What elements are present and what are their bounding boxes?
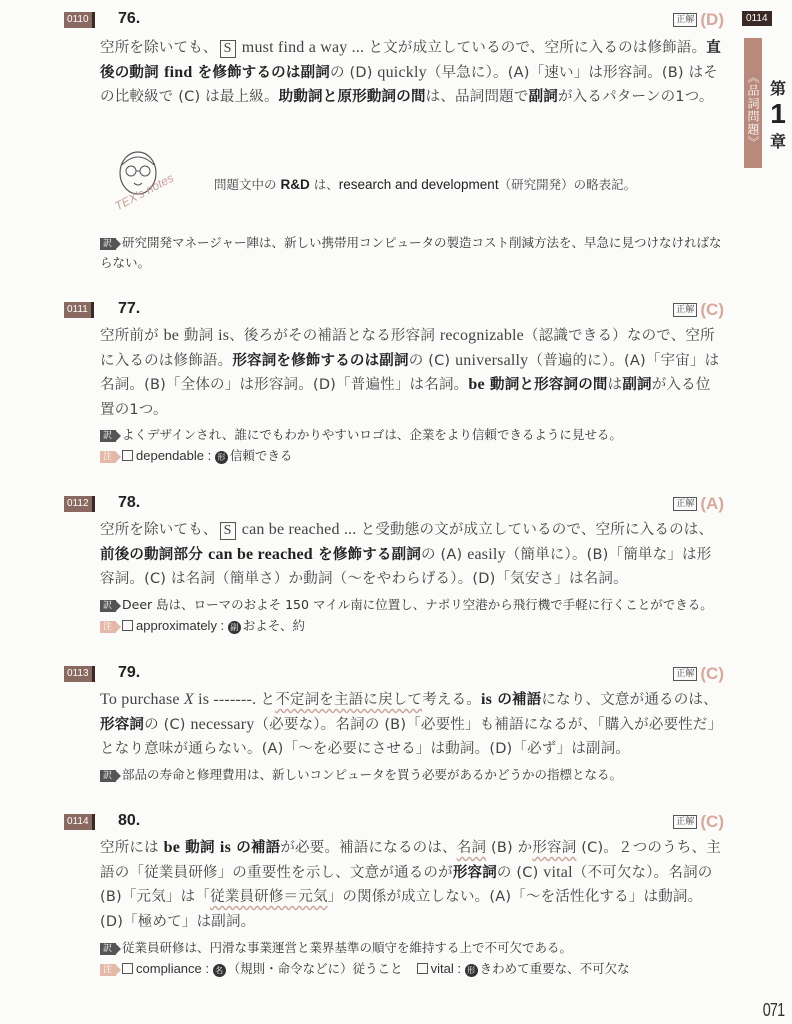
question-number: 76.: [118, 10, 140, 28]
question-number: 78.: [118, 494, 140, 512]
note-tag: 注: [100, 451, 116, 463]
explanation-segment: を修飾する副詞: [313, 547, 421, 563]
translation-text: よくデザインされ、誰にでもわかりやすいロゴは、企業をより信頼できるように見せる。: [122, 427, 622, 442]
explanation: To purchase X is -------. と不定詞を主語に戻して考える…: [100, 688, 725, 762]
answer-value: (C): [700, 300, 724, 320]
explanation-segment: の (A): [421, 547, 467, 563]
explanation-segment: (B) か: [486, 840, 532, 856]
subject-box: S: [220, 522, 236, 540]
explanation-segment: 名詞: [457, 840, 486, 856]
question-id: 0111: [64, 302, 94, 318]
translation: 訳研究開発マネージャー陣は、新しい携帯用コンピュータの製造コスト削減方法を、早急…: [100, 233, 730, 273]
explanation-segment: To purchase: [100, 691, 184, 708]
translation-tag: 訳: [100, 943, 116, 955]
explanation-segment: は、品詞問題で: [426, 89, 529, 105]
vocab-item: vital : 形きわめて重要な、不可欠な: [417, 961, 630, 976]
question-id: 0112: [64, 496, 95, 512]
vocab-notes: 注approximately : 副およそ、約: [100, 616, 730, 636]
tex-text-mid: は、: [310, 177, 339, 192]
chapter-marker: 第 1 章: [767, 76, 789, 152]
explanation-segment: 空所には: [100, 840, 164, 856]
question-id: 0110: [64, 12, 95, 28]
explanation-segment: recognizable: [440, 327, 524, 344]
explanation-segment: be: [164, 327, 180, 344]
explanation-segment: 従業員研修＝元気: [210, 889, 328, 905]
answer: 正解 (C): [673, 664, 724, 684]
tex-note-text: 問題文中の R&D は、research and development（研究開…: [214, 175, 636, 193]
explanation-segment: can be reached: [208, 546, 313, 563]
answer-value: (D): [700, 10, 724, 30]
checkbox-icon[interactable]: [417, 963, 428, 974]
translation-text: Deer 島は、ローマのおよそ 150 マイル南に位置し、ナポリ空港から飛行機で…: [122, 597, 713, 612]
part-of-speech-icon: 名: [213, 964, 226, 977]
question-number: 77.: [118, 300, 140, 318]
explanation-segment: と: [260, 692, 275, 708]
explanation: 空所を除いても、S must find a way ... と文が成立しているの…: [100, 36, 725, 110]
part-of-speech-icon: 形: [215, 451, 228, 464]
explanation-segment: 形容詞: [453, 865, 497, 881]
chapter-prefix: 第: [767, 76, 789, 99]
translation: 訳Deer 島は、ローマのおよそ 150 マイル南に位置し、ナポリ空港から飛行機…: [100, 595, 730, 615]
tex-expansion: research and development: [339, 177, 499, 192]
sidebar-code: 0114: [742, 11, 772, 26]
vocab-word: dependable :: [136, 448, 215, 463]
explanation-segment: 、後ろがその補語となる形容詞: [229, 328, 440, 344]
explanation-segment: can be reached ...: [238, 521, 361, 538]
explanation-segment: 動詞と形容詞の間: [485, 377, 608, 393]
translation: 訳部品の寿命と修理費用は、新しいコンピュータを買う必要があるかどうかの指標となる…: [100, 765, 730, 785]
note-tag: 注: [100, 621, 116, 633]
explanation-segment: の (C): [144, 717, 190, 733]
page-number: 071: [763, 1000, 785, 1021]
question-number: 80.: [118, 812, 140, 830]
chapter-number: 1: [767, 99, 789, 129]
translation-tag: 訳: [100, 770, 116, 782]
explanation-segment: universally: [455, 352, 528, 369]
explanation-segment: 不定詞を主語に戻して: [275, 692, 422, 708]
translation-tag: 訳: [100, 430, 116, 442]
part-of-speech-icon: 副: [228, 621, 241, 634]
tex-notes: TEX's notes 問題文中の R&D は、research and dev…: [110, 145, 730, 220]
explanation-segment: 考える。: [422, 692, 481, 708]
explanation-segment: vital: [543, 864, 572, 881]
explanation-segment: is: [220, 839, 231, 856]
explanation-segment: 形容詞: [100, 717, 144, 733]
explanation-segment: is -------.: [194, 691, 261, 708]
explanation-segment: の (C): [497, 865, 543, 881]
explanation-segment: must find a way ...: [238, 39, 369, 56]
answer-tag: 正解: [673, 497, 697, 511]
translation: 訳従業員研修は、円滑な事業運営と業界基準の順守を維持する上で不可欠である。: [100, 938, 730, 958]
explanation-segment: 空所前が: [100, 328, 164, 344]
explanation-segment: 動詞: [179, 328, 218, 344]
vocab-meaning: 信頼できる: [230, 448, 293, 463]
explanation-segment: 空所を除いても、: [100, 522, 218, 538]
explanation-segment: 副詞: [622, 377, 651, 393]
chapter-suffix: 章: [767, 129, 789, 152]
explanation-segment: 空所を除いても、: [100, 40, 218, 56]
answer-value: (C): [700, 664, 724, 684]
explanation-segment: と文が成立しているので、空所に入るのは修飾語。: [368, 40, 706, 56]
translation-text: 部品の寿命と修理費用は、新しいコンピュータを買う必要があるかどうかの指標となる。: [122, 767, 622, 782]
explanation-segment: X: [184, 691, 194, 708]
answer-tag: 正解: [673, 303, 697, 317]
subject-box: S: [220, 40, 236, 58]
translation-text: 研究開発マネージャー陣は、新しい携帯用コンピュータの製造コスト削減方法を、早急に…: [100, 235, 722, 270]
question-header: 0110 76. 正解 (D): [64, 10, 724, 32]
answer: 正解 (C): [673, 812, 724, 832]
answer-value: (C): [700, 812, 724, 832]
answer: 正解 (A): [673, 494, 724, 514]
question-number: 79.: [118, 664, 140, 682]
explanation-segment: necessary: [190, 716, 254, 733]
answer-tag: 正解: [673, 13, 697, 27]
explanation-segment: と受動態の文が成立しているので、空所に入るのは、: [361, 522, 714, 538]
answer: 正解 (D): [673, 10, 724, 30]
translation-tag: 訳: [100, 600, 116, 612]
part-of-speech-icon: 形: [465, 964, 478, 977]
vocab-notes: 注compliance : 名（規則・命令などに）従うことvital : 形きわ…: [100, 959, 730, 979]
explanation-segment: 形容詞を修飾するのは副詞: [232, 353, 408, 369]
explanation: 空所を除いても、S can be reached ... と受動態の文が成立して…: [100, 518, 725, 592]
explanation-segment: の補語: [492, 692, 541, 708]
checkbox-icon[interactable]: [122, 450, 133, 461]
checkbox-icon[interactable]: [122, 620, 133, 631]
vocab-word: compliance :: [136, 961, 213, 976]
explanation-segment: is: [218, 327, 229, 344]
translation: 訳よくデザインされ、誰にでもわかりやすいロゴは、企業をより信頼できるように見せる…: [100, 425, 730, 445]
explanation-segment: の補語: [231, 840, 280, 856]
vocab-item: approximately : 副およそ、約: [122, 618, 305, 633]
translation-tag: 訳: [100, 238, 116, 250]
question-header: 0114 80. 正解 (C): [64, 812, 724, 834]
answer-value: (A): [700, 494, 724, 514]
explanation-segment: の (D): [330, 65, 377, 81]
explanation-segment: is: [481, 691, 492, 708]
answer-tag: 正解: [673, 815, 697, 829]
book-page: 0114 《品詞問題》 第 1 章 0110 76. 正解 (D) 空所を除いて…: [0, 0, 792, 1024]
section-label: 《品詞問題》: [744, 38, 762, 168]
note-tag: 注: [100, 964, 116, 976]
explanation-segment: be: [468, 376, 484, 393]
explanation-segment: 助動詞と原形動詞の間: [279, 89, 426, 105]
explanation-segment: が入るパターンの1つ。: [558, 89, 714, 105]
tex-text-after: （研究開発）の略表記。: [499, 177, 637, 192]
explanation-segment: 動詞: [180, 840, 220, 856]
explanation-segment: を修飾するのは副詞: [192, 65, 330, 81]
explanation-segment: が必要。補語になるのは、: [280, 840, 456, 856]
explanation-segment: easily: [467, 546, 506, 563]
explanation-segment: 前後の動詞部分: [100, 547, 208, 563]
question-header: 0111 77. 正解 (C): [64, 300, 724, 322]
vocab-meaning: （規則・命令などに）従うこと: [228, 961, 403, 976]
checkbox-icon[interactable]: [122, 963, 133, 974]
tex-text-before: 問題文中の: [214, 177, 280, 192]
tex-term: R&D: [280, 177, 309, 192]
vocab-item: dependable : 形信頼できる: [122, 448, 292, 463]
vocab-word: approximately :: [136, 618, 228, 633]
explanation-segment: 形容詞: [532, 840, 576, 856]
explanation: 空所には be 動詞 is の補語が必要。補語になるのは、名詞 (B) か形容詞…: [100, 836, 725, 934]
explanation-segment: find: [164, 64, 192, 81]
translation-text: 従業員研修は、円滑な事業運営と業界基準の順守を維持する上で不可欠である。: [122, 940, 572, 955]
vocab-item: compliance : 名（規則・命令などに）従うこと: [122, 961, 403, 976]
explanation: 空所前が be 動詞 is、後ろがその補語となる形容詞 recognizable…: [100, 324, 725, 422]
vocab-meaning: およそ、約: [243, 618, 305, 633]
explanation-segment: は: [608, 377, 623, 393]
question-id: 0113: [64, 666, 95, 682]
question-id: 0114: [64, 814, 95, 830]
answer-tag: 正解: [673, 667, 697, 681]
vocab-meaning: きわめて重要な、不可欠な: [480, 961, 630, 976]
explanation-segment: の (C): [409, 353, 455, 369]
vocab-word: vital :: [431, 961, 465, 976]
explanation-segment: 副詞: [529, 89, 558, 105]
explanation-segment: quickly: [377, 64, 426, 81]
explanation-segment: be: [164, 839, 180, 856]
answer: 正解 (C): [673, 300, 724, 320]
question-header: 0113 79. 正解 (C): [64, 664, 724, 686]
vocab-notes: 注dependable : 形信頼できる: [100, 446, 730, 466]
explanation-segment: になり、文意が通るのは、: [541, 692, 717, 708]
question-header: 0112 78. 正解 (A): [64, 494, 724, 516]
